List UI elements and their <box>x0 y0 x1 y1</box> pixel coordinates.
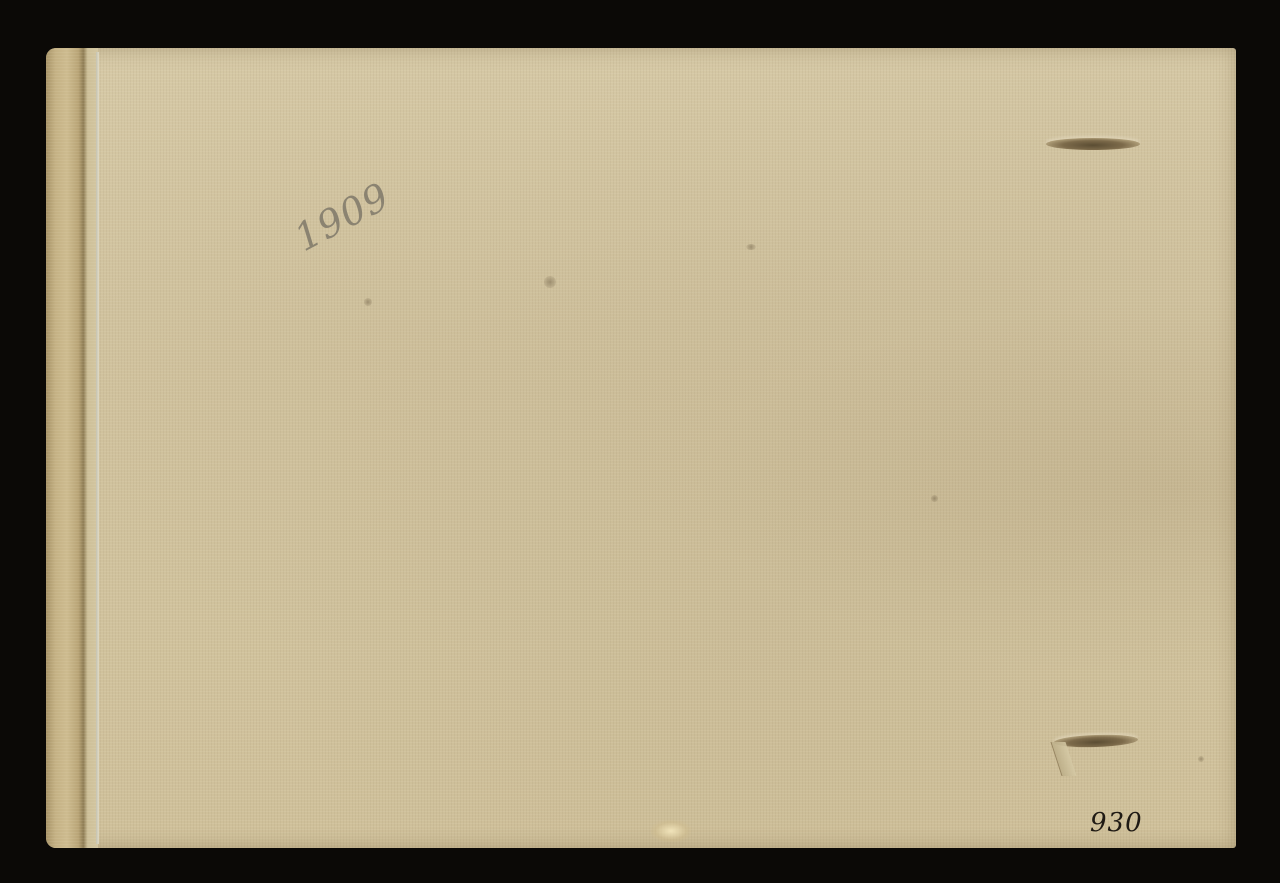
handwritten-year: 1909 <box>287 174 397 260</box>
frayed-tab <box>1050 742 1076 776</box>
worn-edge-spot <box>651 820 691 842</box>
stain-spot <box>1198 756 1204 762</box>
stain-spot <box>544 276 556 288</box>
stain-spot <box>931 495 938 502</box>
stain-spot <box>746 244 756 250</box>
handwritten-catalog-number: 930 <box>1090 808 1143 838</box>
scan-background: 1909 930 <box>0 0 1280 883</box>
spine-hinge-line <box>96 52 99 844</box>
book-cover: 1909 930 <box>46 48 1236 848</box>
top-tie-slit <box>1046 138 1140 150</box>
book-spine <box>46 48 98 848</box>
stain-spot <box>364 298 372 306</box>
